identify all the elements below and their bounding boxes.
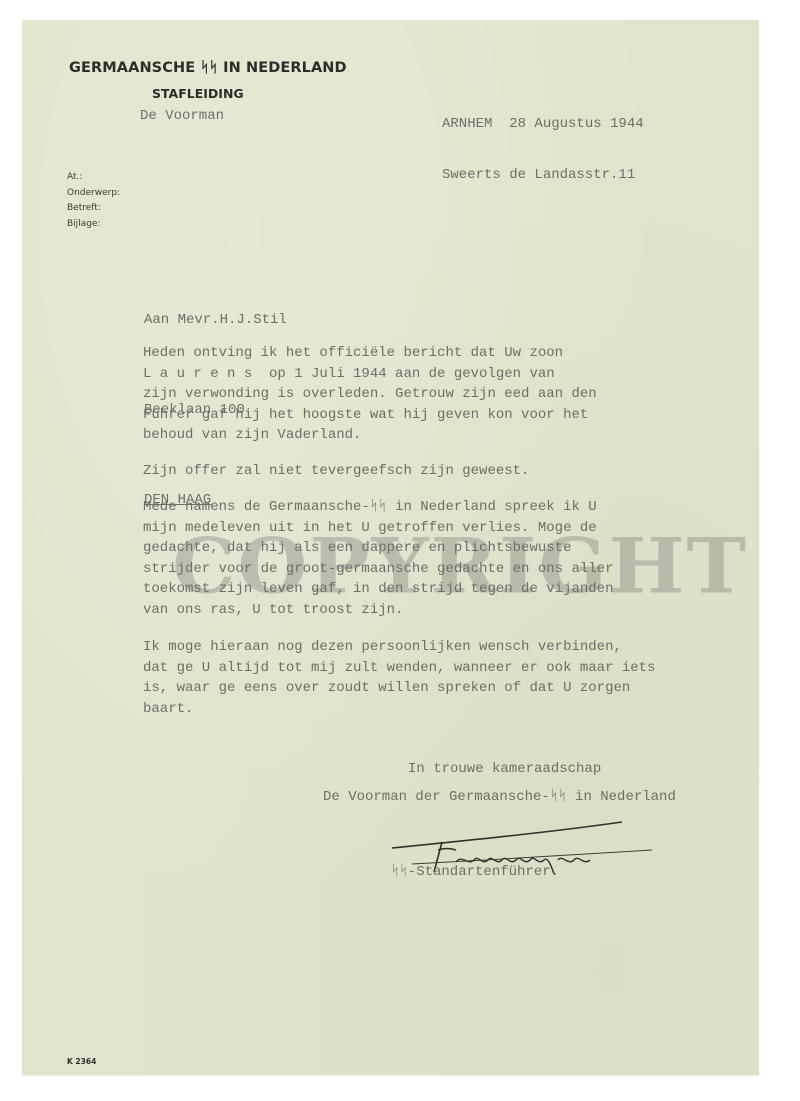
signatory-title: De Voorman der Germaansche-ᛋᛋ in Nederla… <box>323 789 676 805</box>
recipient-name: Aan Mevr.H.J.Stil <box>144 305 287 335</box>
letterhead-department: STAFLEIDING <box>152 86 244 101</box>
place-date-block: ARNHEM 28 Augustus 1944 Sweerts de Landa… <box>442 82 644 218</box>
letter-paper: GERMAANSCHE ᛋᛋ IN NEDERLAND STAFLEIDING … <box>22 20 759 1075</box>
body-paragraph-3: Mede namens de Germaansche-ᛋᛋ in Nederla… <box>143 497 613 620</box>
letterhead-office: De Voorman <box>140 108 224 124</box>
body-paragraph-4: Ik moge hieraan nog dezen persoonlijken … <box>143 637 655 719</box>
place-date-line: ARNHEM 28 Augustus 1944 <box>442 116 644 133</box>
body-paragraph-1: Heden ontving ik het officiële bericht d… <box>143 343 597 446</box>
ref-label-onderwerp: Onderwerp: <box>67 186 120 202</box>
signatory-rank: ᛋᛋ-Standartenführer. <box>391 864 559 880</box>
street-address-line: Sweerts de Landasstr.11 <box>442 167 644 184</box>
letterhead-organization: GERMAANSCHE ᛋᛋ IN NEDERLAND <box>69 60 347 76</box>
ref-label-bijlage: Bijlage: <box>67 217 120 233</box>
reference-fields: At.: Onderwerp: Betreft: Bijlage: <box>67 170 120 232</box>
ref-label-betreft: Betreft: <box>67 201 120 217</box>
body-paragraph-2: Zijn offer zal niet tevergeefsch zijn ge… <box>143 461 529 482</box>
form-number: K 2364 <box>67 1057 96 1066</box>
ref-label-at: At.: <box>67 170 120 186</box>
closing-salutation: In trouwe kameraadschap <box>408 761 601 777</box>
